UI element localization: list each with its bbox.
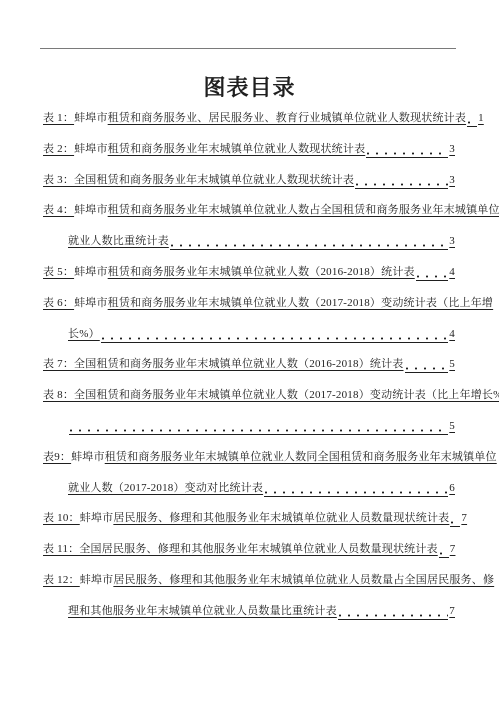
dot-leader — [467, 111, 477, 127]
toc-entry-line[interactable]: 表 1：蚌埠市租赁和商务服务业、居民服务业、教育行业城镇单位就业人数现状统计表1 — [43, 111, 455, 142]
toc-text-segment: 租赁和商务服务业、居民服务业、教育行业城镇单位就业人数现状统计表 — [108, 111, 466, 126]
toc-text-segment: 租赁和商务服务业年末城镇单位就业人数现状统计表 — [108, 142, 366, 157]
toc-text-segment: 蚌埠市 — [71, 450, 105, 465]
page-number: 3 — [449, 234, 455, 249]
toc-text-segment: 蚌埠市 — [74, 111, 108, 126]
page-number: 3 — [449, 142, 455, 157]
toc-entry-line[interactable]: 表 6：蚌埠市租赁和商务服务业年末城镇单位就业人数（2017-2018）变动统计… — [43, 296, 455, 327]
page-number: 7 — [449, 604, 455, 619]
toc-text-segment: 租赁和商务服务业年末城镇单位就业人数占全国租赁和商务服务业年末城镇单位 — [108, 203, 499, 218]
page-number: 5 — [449, 357, 455, 372]
toc-entry-line[interactable]: 表9：蚌埠市租赁和商务服务业年末城镇单位就业人数同全国租赁和商务服务业年末城镇单… — [43, 450, 455, 481]
toc-text-segment: 居民服务、修理和其他服务业年末城镇单位就业人员数量占全国居民服务、修 — [113, 573, 494, 588]
dot-leader — [264, 481, 448, 497]
page-number: 7 — [461, 511, 467, 526]
toc-text-segment: 表 10： — [43, 511, 80, 526]
toc-entry-line[interactable]: 5 — [43, 419, 455, 450]
page-number: 4 — [449, 327, 455, 342]
toc-text-segment: 长%） — [68, 327, 100, 342]
dot-leader — [416, 265, 449, 281]
toc-text-segment: 租赁和商务服务业年末城镇单位就业人数同全国租赁和商务服务业年末城镇单位 — [105, 450, 497, 465]
toc-text-segment: 表 11：全国居民服务、修理和其他服务业年末城镇单位就业人员数量现状统计表 — [43, 542, 438, 557]
toc-entry-line[interactable]: 理和其他服务业年末城镇单位就业人员数量比重统计表7 — [43, 604, 455, 635]
page-number: 6 — [449, 481, 455, 496]
toc-text-segment: 表 12： — [43, 573, 80, 588]
toc-text-segment: 居民服务、修理和其他服务业年末城镇单位就业人员数量现状统计表 — [113, 511, 449, 526]
dot-leader — [69, 419, 448, 435]
page-number: 1 — [478, 111, 484, 126]
toc-text-segment: 表 2： — [43, 142, 74, 157]
header-rule — [40, 48, 456, 49]
toc-entry-line[interactable]: 表 3：全国租赁和商务服务业年末城镇单位就业人数现状统计表3 — [43, 173, 455, 204]
toc-text-segment: 蚌埠市 — [74, 142, 108, 157]
toc-text-segment: 就业人数（2017-2018）变动对比统计表 — [68, 481, 263, 496]
document-page: 图表目录 表 1：蚌埠市租赁和商务服务业、居民服务业、教育行业城镇单位就业人数现… — [0, 0, 499, 706]
toc-text-segment: 理和其他服务业年末城镇单位就业人员数量比重统计表 — [68, 604, 337, 619]
toc-list: 表 1：蚌埠市租赁和商务服务业、居民服务业、教育行业城镇单位就业人数现状统计表1… — [43, 111, 455, 635]
toc-text-segment: 蚌埠市 — [80, 573, 114, 588]
toc-text-segment: 蚌埠市 — [80, 511, 114, 526]
toc-entry-line[interactable]: 表 11：全国居民服务、修理和其他服务业年末城镇单位就业人员数量现状统计表7 — [43, 542, 455, 573]
dot-leader — [366, 142, 448, 158]
page-title: 图表目录 — [0, 71, 499, 102]
dot-leader — [338, 604, 448, 620]
page-number: 5 — [449, 419, 455, 434]
toc-text-segment: 租赁和商务服务业年末城镇单位就业人数（2016-2018）统计表 — [108, 265, 415, 280]
toc-entry-line[interactable]: 就业人数（2017-2018）变动对比统计表6 — [43, 481, 455, 512]
toc-entry-line[interactable]: 表 2：蚌埠市租赁和商务服务业年末城镇单位就业人数现状统计表3 — [43, 142, 455, 173]
dot-leader — [170, 234, 448, 250]
toc-text-segment: 蚌埠市 — [74, 203, 108, 218]
toc-entry-line[interactable]: 表 4：蚌埠市租赁和商务服务业年末城镇单位就业人数占全国租赁和商务服务业年末城镇… — [43, 203, 455, 234]
dot-leader — [405, 357, 449, 373]
page-number: 4 — [449, 265, 455, 280]
page-number: 7 — [450, 542, 456, 557]
toc-text-segment: 表 1： — [43, 111, 74, 126]
toc-text-segment: 蚌埠市 — [74, 296, 108, 311]
toc-text-segment: 租赁和商务服务业年末城镇单位就业人数（2017-2018）变动统计表（比上年增 — [108, 296, 493, 311]
toc-entry-line[interactable]: 表 10：蚌埠市居民服务、修理和其他服务业年末城镇单位就业人员数量现状统计表7 — [43, 511, 455, 542]
page-number: 3 — [449, 173, 455, 188]
toc-entry-line[interactable]: 就业人数比重统计表3 — [43, 234, 455, 265]
toc-text-segment: 蚌埠市 — [74, 265, 108, 280]
toc-entry-line[interactable]: 表 12：蚌埠市居民服务、修理和其他服务业年末城镇单位就业人员数量占全国居民服务… — [43, 573, 455, 604]
toc-text-segment: 表 5： — [43, 265, 74, 280]
dot-leader — [439, 542, 449, 558]
dot-leader — [450, 511, 460, 527]
toc-text-segment: 表 4： — [43, 203, 74, 218]
dot-leader — [101, 327, 449, 343]
toc-text-segment: 表9： — [43, 450, 71, 465]
toc-text-segment: 就业人数比重统计表 — [68, 234, 169, 249]
toc-entry-line[interactable]: 表 5：蚌埠市租赁和商务服务业年末城镇单位就业人数（2016-2018）统计表4 — [43, 265, 455, 296]
toc-text-segment: 表 8：全国租赁和商务服务业年末城镇单位就业人数（2017-2018）变动统计表… — [43, 388, 499, 403]
toc-entry-line[interactable]: 表 8：全国租赁和商务服务业年末城镇单位就业人数（2017-2018）变动统计表… — [43, 388, 455, 419]
dot-leader — [355, 173, 448, 189]
toc-text-segment: 表 6： — [43, 296, 74, 311]
toc-text-segment: 表 7：全国租赁和商务服务业年末城镇单位就业人数（2016-2018）统计表 — [43, 357, 404, 372]
toc-entry-line[interactable]: 表 7：全国租赁和商务服务业年末城镇单位就业人数（2016-2018）统计表5 — [43, 357, 455, 388]
toc-entry-line[interactable]: 长%）4 — [43, 327, 455, 358]
toc-text-segment: 表 3：全国租赁和商务服务业年末城镇单位就业人数现状统计表 — [43, 173, 354, 188]
